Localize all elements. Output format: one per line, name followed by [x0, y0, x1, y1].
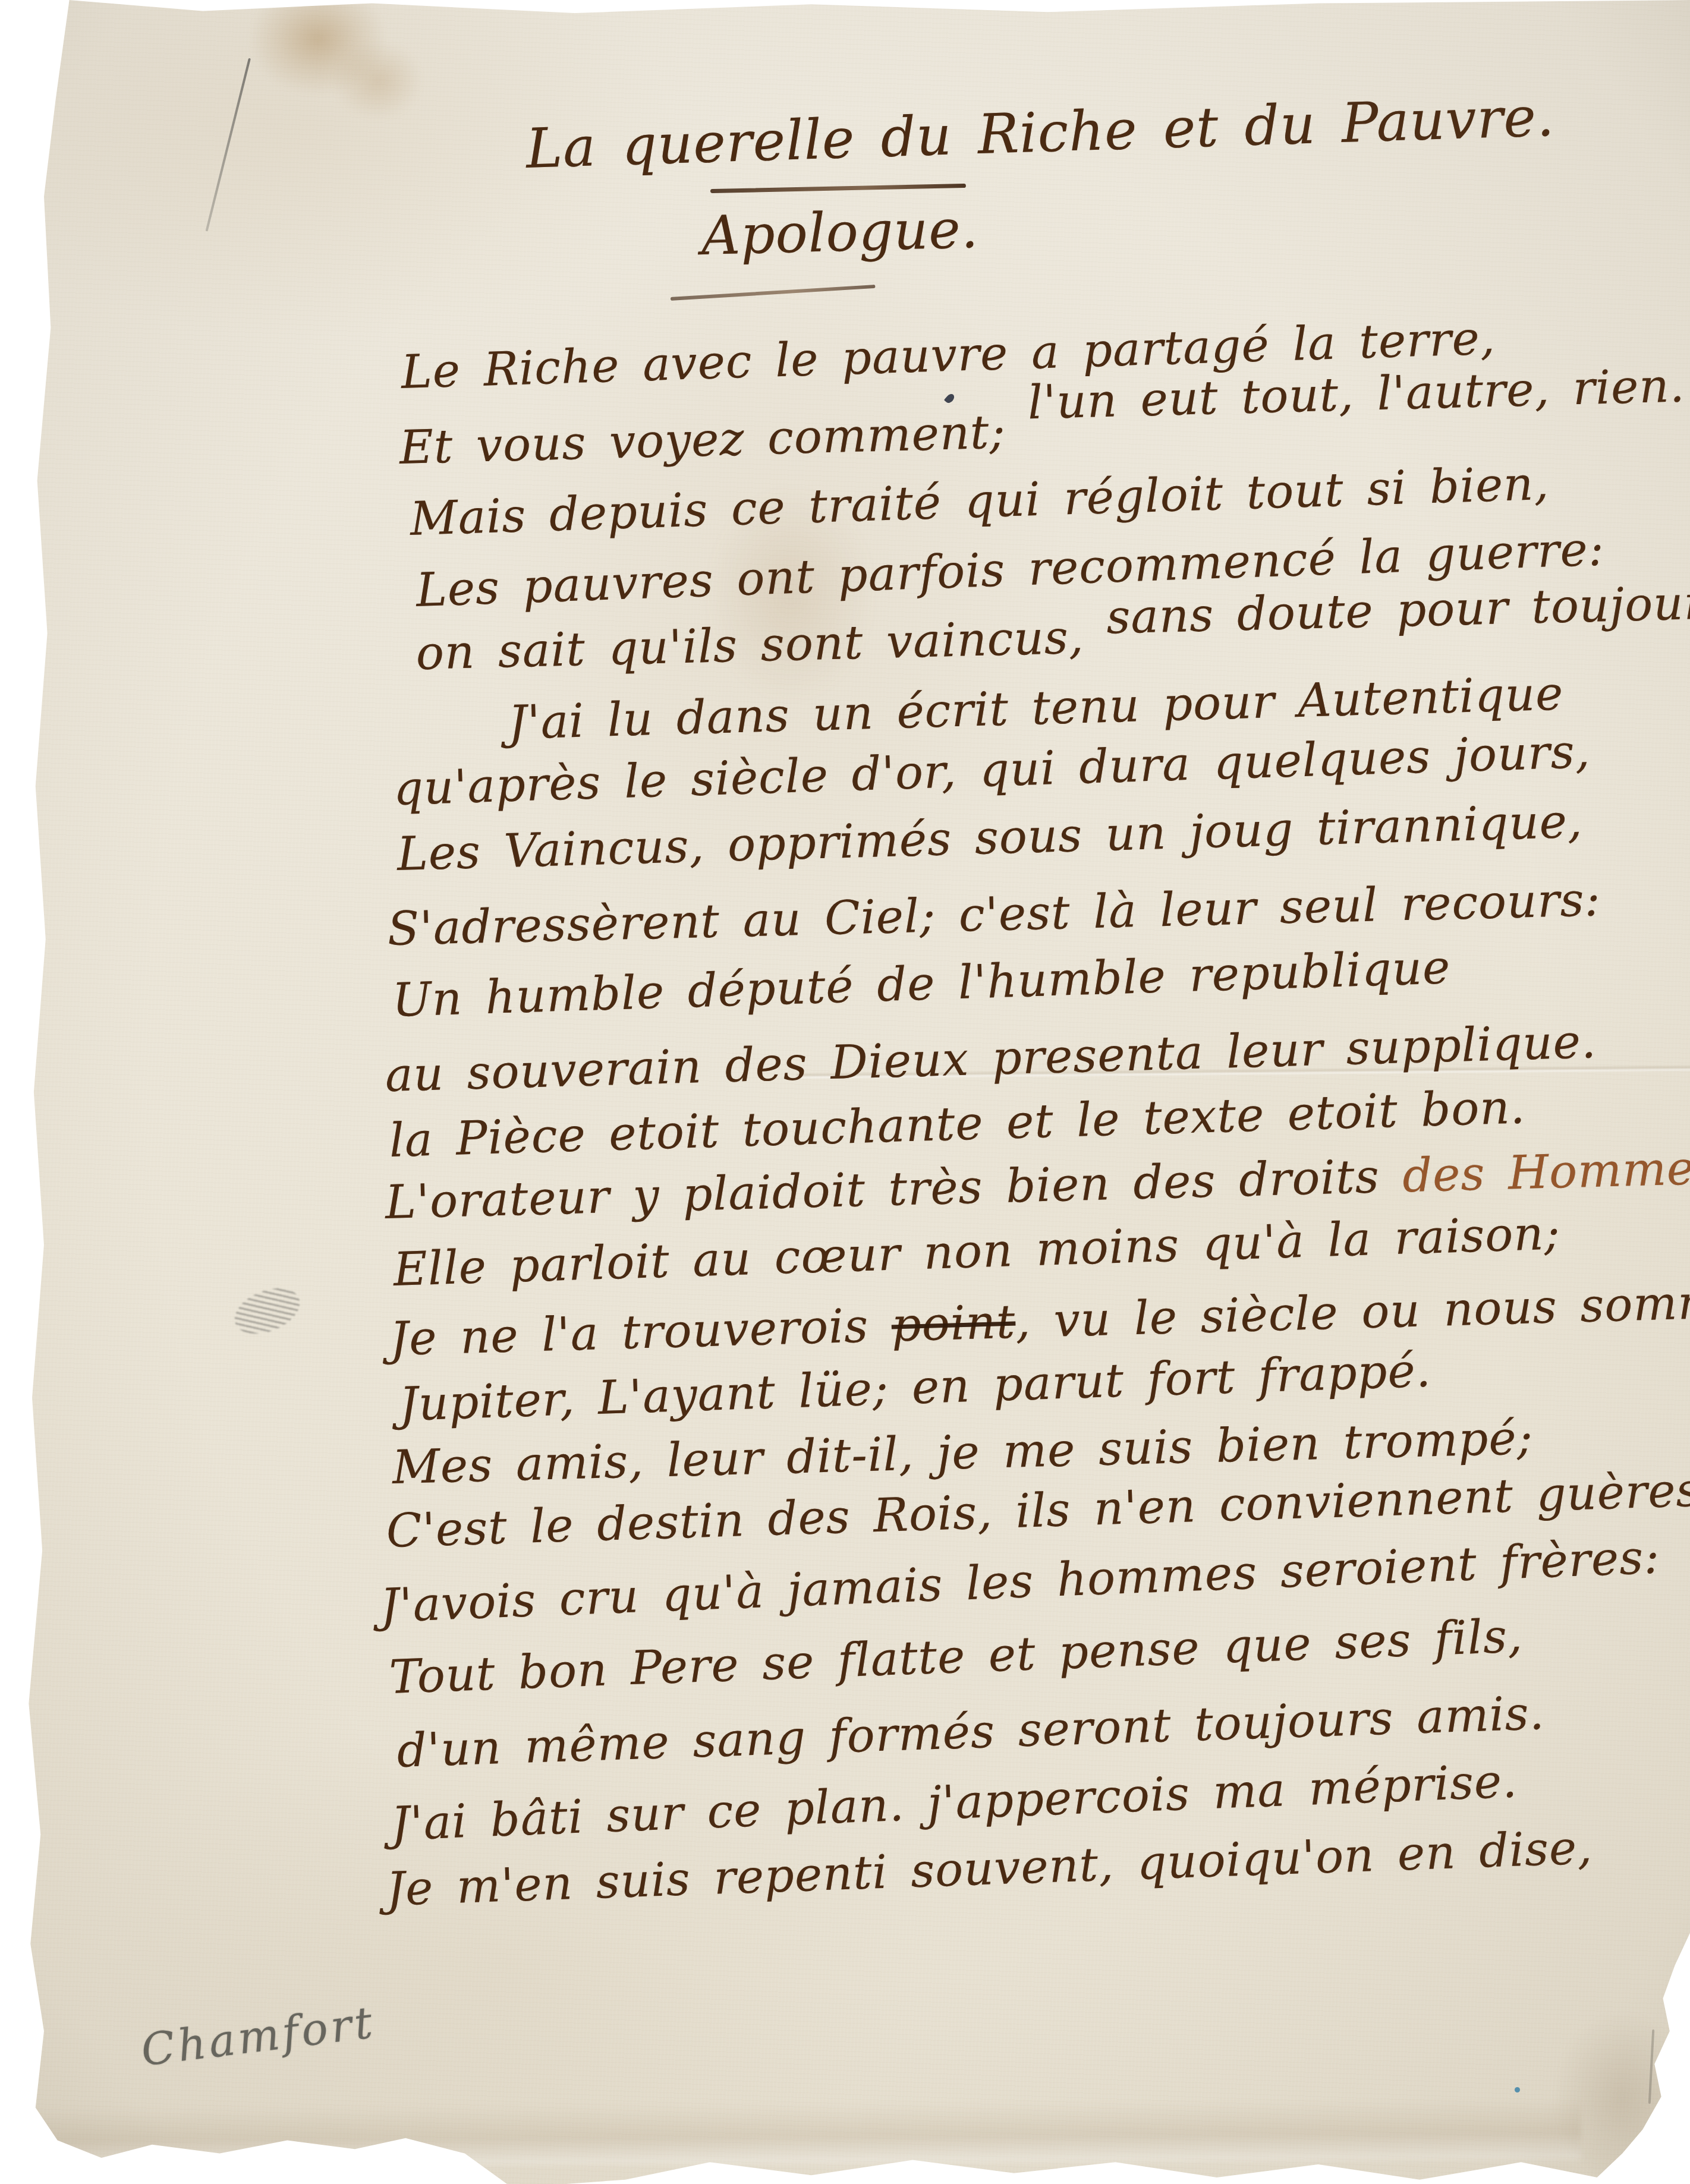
paper-stain-top-small	[333, 42, 422, 119]
manuscript-scan: La querelle du Riche et du Pauvre. Apolo…	[0, 0, 1690, 2184]
poem-line-segment-struck: point	[891, 1296, 1016, 1353]
bottom-edge-crumple	[36, 2100, 1581, 2167]
pencil-slash-mark	[205, 58, 250, 232]
corner-crumple-shade	[1381, 1875, 1690, 2184]
collector-annotation-chamfort: Chamfort	[139, 1997, 378, 2076]
poem-line-segment: Et vous voyez comment;	[399, 405, 1030, 475]
title-underline	[710, 184, 966, 193]
ink-blot	[944, 392, 956, 405]
blue-fiber-speck	[1515, 2087, 1520, 2092]
poem-title: La querelle du Riche et du Pauvre.	[525, 87, 1555, 179]
poem-line-segment: Je ne l'a trouverois	[389, 1299, 892, 1366]
manuscript-paper: La querelle du Riche et du Pauvre. Apolo…	[0, 0, 1690, 2184]
poem-line-segment-light: des Hommes.	[1402, 1141, 1690, 1203]
poem-subtitle: Apologue.	[701, 200, 980, 266]
paper-stain-top	[250, 0, 386, 95]
pencil-smudge	[228, 1279, 306, 1342]
poem-line-segment: on sait qu'ils sont vaincus,	[416, 610, 1107, 680]
subtitle-underline	[671, 285, 876, 301]
poem-line-segment: , vu le siècle ou nous sommes.	[1015, 1274, 1690, 1348]
poem-line: Un humble député de l'humble republique	[392, 943, 1452, 1027]
